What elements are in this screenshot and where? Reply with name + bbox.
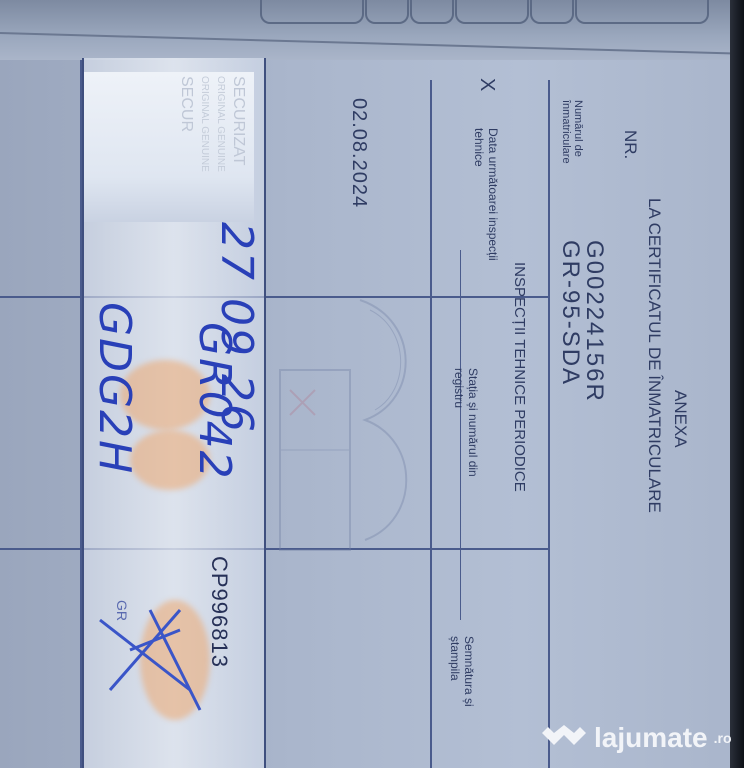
nr-label: NR. [620, 130, 640, 159]
binding-tab [410, 0, 454, 24]
binding-tab [365, 0, 409, 24]
watermark-brand: lajumate [594, 722, 708, 754]
coat-of-arms-watermark [270, 280, 440, 580]
handwritten-register-number: GDG2H [89, 302, 140, 475]
registration-label: Numărul de înmatriculare [560, 100, 584, 170]
annex-title: ANEXA [670, 390, 690, 448]
inspection-date: 02.08.2024 [347, 98, 370, 208]
binding-tab [530, 0, 574, 24]
handwritten-station-code: GR042 [189, 322, 240, 481]
signature-scribble [90, 590, 210, 730]
column-header-next-inspection: Data următoarei inspecții tehnice [472, 128, 500, 268]
column-header-station: Stația și numărul din registru [452, 368, 480, 488]
row-marker: X [475, 78, 498, 91]
annex-subtitle: LA CERTIFICATUL DE ÎNMATRICULARE [644, 198, 664, 513]
hologram-text: ORIGINAL GENUINE [198, 76, 210, 172]
certificate-number: G00224156R [580, 240, 608, 403]
hologram-text: ORIGINAL GENUINE [214, 76, 226, 172]
lajumate-watermark: lajumate.ro [540, 722, 732, 754]
binding-tab [575, 0, 709, 24]
table-border [548, 80, 550, 768]
column-header-signature: Semnătura și ștampila [448, 636, 476, 746]
binding-tab [260, 0, 364, 24]
hologram-text: SECUR [180, 76, 192, 132]
registration-number: GR-95-SDA [556, 240, 584, 386]
document-photo: ANEXA LA CERTIFICATUL DE ÎNMATRICULARE N… [0, 0, 744, 768]
binding-tab [455, 0, 529, 24]
page-edge-shadow [730, 0, 744, 768]
watermark-suffix: .ro [714, 730, 732, 746]
hologram-security-label: SECURIZAT ORIGINAL GENUINE ORIGINAL GENU… [84, 72, 254, 222]
section-title: INSPECȚII TEHNICE PERIODICE [511, 262, 528, 492]
hologram-text: SECURIZAT [232, 76, 244, 165]
handshake-icon [540, 725, 588, 751]
